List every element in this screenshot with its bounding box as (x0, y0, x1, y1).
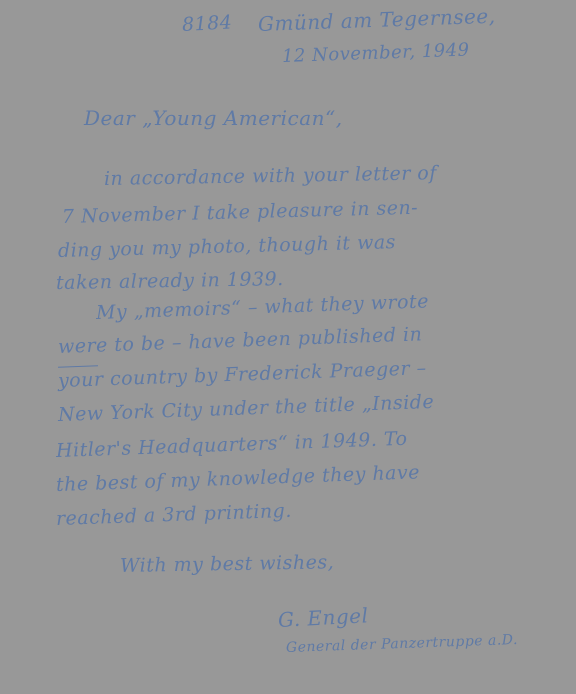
body-line: My „memoirs“ – what they wrote (96, 290, 430, 324)
body-line: 7 November I take pleasure in sen- (62, 197, 419, 228)
body-line: New York City under the title „Inside (58, 391, 435, 426)
body-line: your country by Frederick Praeger – (58, 357, 427, 392)
document-number: 8184 (181, 11, 232, 36)
letter-page: 8184 Gmünd am Tegernsee, 12 November, 19… (0, 0, 576, 694)
body-line: reached a 3rd printing. (56, 500, 293, 530)
letter-place: Gmünd am Tegernsee, (258, 4, 496, 36)
letter-date: 12 November, 1949 (282, 39, 470, 67)
salutation: Dear „Young American“, (84, 106, 343, 130)
underline-mark (58, 365, 98, 367)
closing: With my best wishes, (120, 551, 335, 577)
signature-title: General der Panzertruppe a.D. (286, 632, 519, 656)
body-line: taken already in 1939. (56, 268, 284, 294)
signature: G. Engel (277, 603, 369, 632)
body-line: in accordance with your letter of (104, 162, 437, 190)
body-line: ding you my photo, though it was (58, 231, 396, 262)
body-line: Hitler's Headquarters“ in 1949. To (56, 428, 408, 462)
body-line: were to be – have been published in (58, 323, 423, 358)
body-line: the best of my knowledge they have (56, 461, 421, 496)
